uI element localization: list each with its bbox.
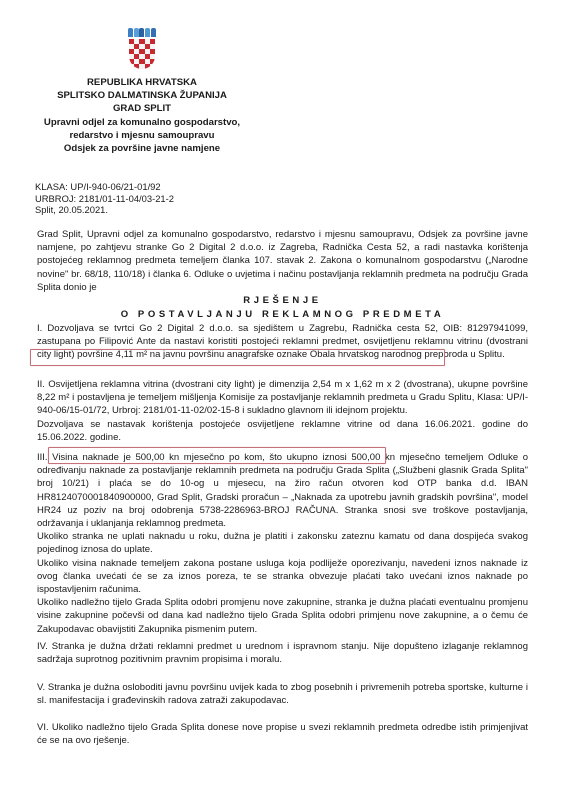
reference-block: KLASA: UP/I-940-06/21-01/92 URBROJ: 2181… bbox=[35, 181, 174, 216]
intro-text: Grad Split, Upravni odjel za komunalno g… bbox=[37, 228, 528, 294]
urbroj: URBROJ: 2181/01-11-04/03-21-2 bbox=[35, 193, 174, 205]
section-4-text: IV. Stranka je dužna držati reklamni pre… bbox=[37, 640, 528, 666]
section-6: VI. Ukoliko nadležno tijelo Grada Splita… bbox=[37, 721, 528, 747]
document-title: RJEŠENJE O POSTAVLJANJU REKLAMNOG PREDME… bbox=[37, 294, 528, 321]
section-2-text: II. Osvijetljena reklamna vitrina (dvost… bbox=[37, 378, 528, 418]
section-3-tax: Ukoliko visina naknade temeljem zakona p… bbox=[37, 557, 528, 597]
title-resolution: RJEŠENJE bbox=[37, 294, 528, 308]
place-date: Split, 20.05.2021. bbox=[35, 204, 174, 216]
section-5: V. Stranka je dužna osloboditi javnu pov… bbox=[37, 681, 528, 707]
section-3-late-payment: Ukoliko stranka ne uplati naknadu u roku… bbox=[37, 530, 528, 556]
issuer-header: REPUBLIKA HRVATSKA SPLITSKO DALMATINSKA … bbox=[18, 76, 266, 155]
section-5-text: V. Stranka je dužna osloboditi javnu pov… bbox=[37, 681, 528, 707]
document-page: REPUBLIKA HRVATSKA SPLITSKO DALMATINSKA … bbox=[0, 0, 566, 800]
highlight-box-location bbox=[30, 349, 445, 366]
coat-of-arms-icon bbox=[128, 28, 156, 72]
header-line-republic: REPUBLIKA HRVATSKA bbox=[18, 76, 266, 89]
checkerboard-shield bbox=[129, 39, 155, 69]
klasa: KLASA: UP/I-940-06/21-01/92 bbox=[35, 181, 174, 193]
title-subject: O POSTAVLJANJU REKLAMNOG PREDMETA bbox=[37, 308, 528, 322]
section-2-extension: Dozvoljava se nastavak korištenja postoj… bbox=[37, 418, 528, 444]
section-4: IV. Stranka je dužna držati reklamni pre… bbox=[37, 640, 528, 666]
header-line-department-cont: redarstvo i mjesnu samoupravu bbox=[18, 129, 266, 142]
section-3-rent-change: Ukoliko nadležno tijelo Grada Splita odo… bbox=[37, 596, 528, 636]
section-3: III. Visina naknade je 500,00 kn mjesečn… bbox=[37, 451, 528, 636]
intro-paragraph: Grad Split, Upravni odjel za komunalno g… bbox=[37, 228, 528, 294]
header-line-city: GRAD SPLIT bbox=[18, 102, 266, 115]
header-line-county: SPLITSKO DALMATINSKA ŽUPANIJA bbox=[18, 89, 266, 102]
header-line-department: Upravni odjel za komunalno gospodarstvo, bbox=[18, 116, 266, 129]
crest-crown bbox=[128, 28, 156, 37]
section-2: II. Osvijetljena reklamna vitrina (dvost… bbox=[37, 378, 528, 444]
header-line-section: Odsjek za površine javne namjene bbox=[18, 142, 266, 155]
highlight-box-fee bbox=[48, 447, 386, 464]
section-6-text: VI. Ukoliko nadležno tijelo Grada Splita… bbox=[37, 721, 528, 747]
shield-square bbox=[150, 64, 155, 69]
